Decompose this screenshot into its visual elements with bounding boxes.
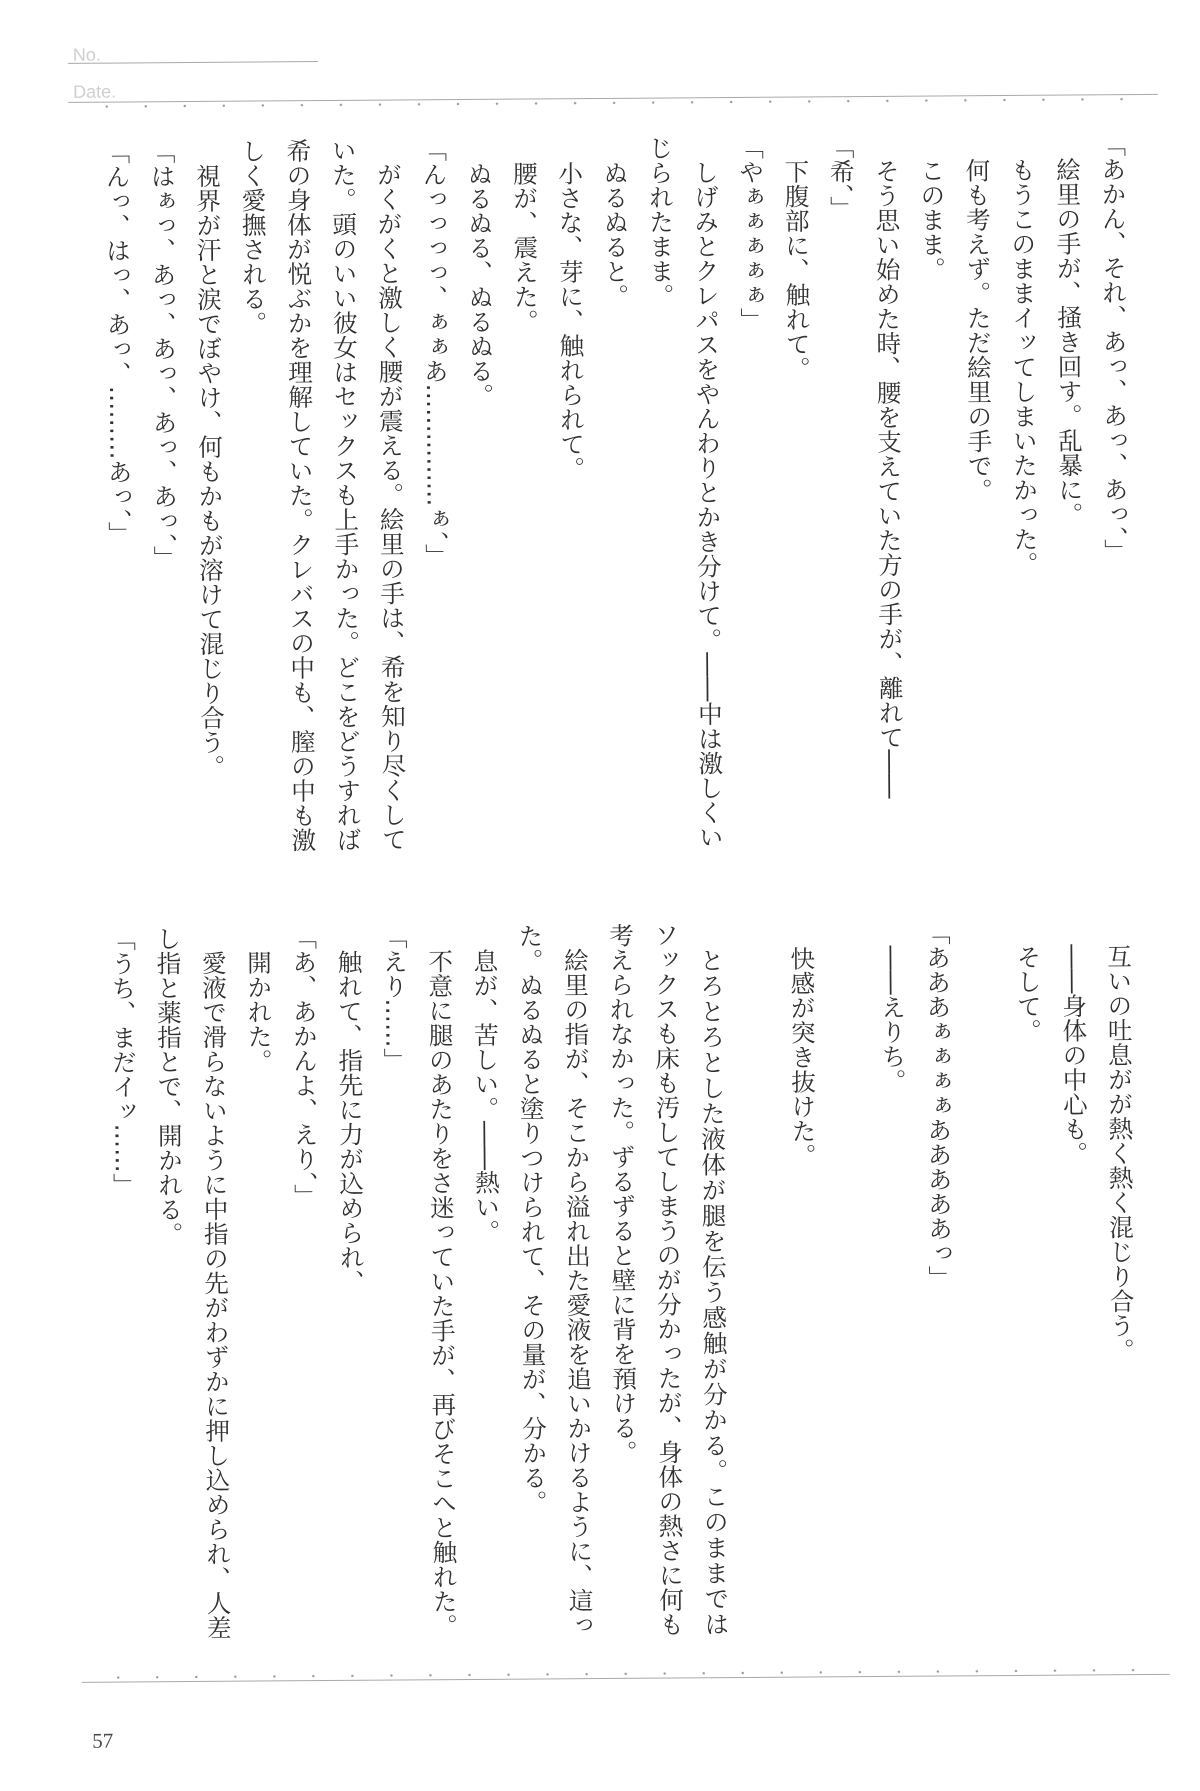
text-column: 息が、苦しい。――熱い。	[462, 924, 512, 1638]
page-number: 57	[92, 1730, 113, 1752]
text-column: 考えられなかった。ずるずると壁に背を預ける。	[598, 923, 648, 1637]
notebook-page: No. Date. 「あかん、それ、あっ、あっ、あっ、」 絵里の手が、掻き回す。…	[0, 0, 1200, 1791]
text-column: 何も考えず。ただ絵里の手で。	[954, 133, 1004, 847]
text-column: 快感が突き抜けた。	[779, 921, 829, 1635]
text-column: た。ぬるぬると塗りつけられて、その量が、分かる。	[507, 923, 557, 1637]
text-column: 「あ、あかんよ、えり、」	[281, 925, 331, 1639]
bottom-text-block: 互いの吐息がが熱く熱く混じり合う。 ――身体の中心も。 そして。 「あああぁぁぁ…	[100, 919, 1146, 1641]
blank-column	[960, 920, 1010, 1634]
text-column: このまま。	[909, 133, 959, 847]
no-rule	[68, 61, 318, 64]
text-column: もうこのままイッてしまいたかった。	[999, 133, 1049, 847]
top-text-block: 「あかん、それ、あっ、あっ、あっ、」 絵里の手が、掻き回す。乱暴に。 もうこのま…	[94, 132, 1140, 854]
text-column: がくがくと激しく腰が震える。絵里の手は、希を知り尽くして	[366, 137, 416, 851]
blank-column	[824, 921, 874, 1635]
text-column: ぬるぬると。	[592, 136, 642, 850]
date-label: Date.	[73, 82, 116, 102]
text-column: 「やぁぁぁぁぁ」	[728, 135, 778, 849]
text-column: 「えり……」	[371, 924, 421, 1638]
text-column: 「んっっっっ、ぁぁあ……………ぁ、」	[411, 137, 461, 851]
text-column: 「はぁっ、あっ、あっ、あっ、あっ、」	[139, 139, 189, 853]
text-column: 絵里の指が、そこから溢れ出た愛液を追いかけるように、這っ	[552, 923, 602, 1637]
text-column: 希の身体が悦ぶかを理解していた。クレバスの中も、膣の中も激	[275, 138, 325, 852]
text-column: そして。	[1005, 920, 1055, 1634]
text-column: し指と薬指とで、開かれる。	[145, 926, 195, 1640]
text-column: 互いの吐息がが熱く熱く混じり合う。	[1096, 919, 1146, 1633]
text-column: 小さな、芽に、触れられて。	[547, 136, 597, 850]
text-column: とろとろとした液体が腿を伝う感触が分かる。このままでは	[688, 922, 738, 1636]
text-column: 「あかん、それ、あっ、あっ、あっ、」	[1090, 132, 1140, 846]
text-column: ――身体の中心も。	[1050, 919, 1100, 1633]
text-column: 絵里の手が、掻き回す。乱暴に。	[1044, 132, 1094, 846]
blank-column	[733, 922, 783, 1636]
text-column: 「んっ、はっ、あっ、………あっ、」	[94, 139, 144, 853]
text-column: しげみとクレパスをやんわりとかき分けて。――中は激しくい	[682, 135, 732, 849]
text-column: そう思い始めた時、腰を支えていた方の手が、離れて――	[863, 134, 913, 848]
text-column: 「希、」	[818, 134, 868, 848]
text-column: 開かれた。	[235, 925, 285, 1639]
text-column: 不意に腿のあたりをさ迷っていた手が、再びそこへと触れた。	[417, 924, 467, 1638]
text-column: 視界が汗と涙でぼやけ、何もかもが溶けて混じり合う。	[184, 139, 234, 853]
text-column: 愛液で滑らないように中指の先がわずかに押し込められ、人差	[190, 926, 240, 1640]
text-column: ソックスも床も汚してしまうのが分かったが、身体の熱さに何も	[643, 922, 693, 1636]
text-column: いた。頭のいい彼女はセックスも上手かった。どこをどうすれば	[320, 138, 370, 852]
text-column: ――えりち。	[869, 921, 919, 1635]
text-column: しく愛撫される。	[230, 138, 280, 852]
text-column: ぬるぬる、ぬるぬる。	[456, 137, 506, 851]
text-column: 触れて、指先に力が込められ、	[326, 925, 376, 1639]
text-column: 腰が、震えた。	[501, 136, 551, 850]
text-column: 「うち、まだイッ……」	[100, 926, 150, 1640]
text-column: 下腹部に、触れて。	[773, 134, 823, 848]
text-column: じられたまま。	[637, 135, 687, 849]
text-column: 「あああぁぁぁぁあああああっ」	[914, 920, 964, 1634]
